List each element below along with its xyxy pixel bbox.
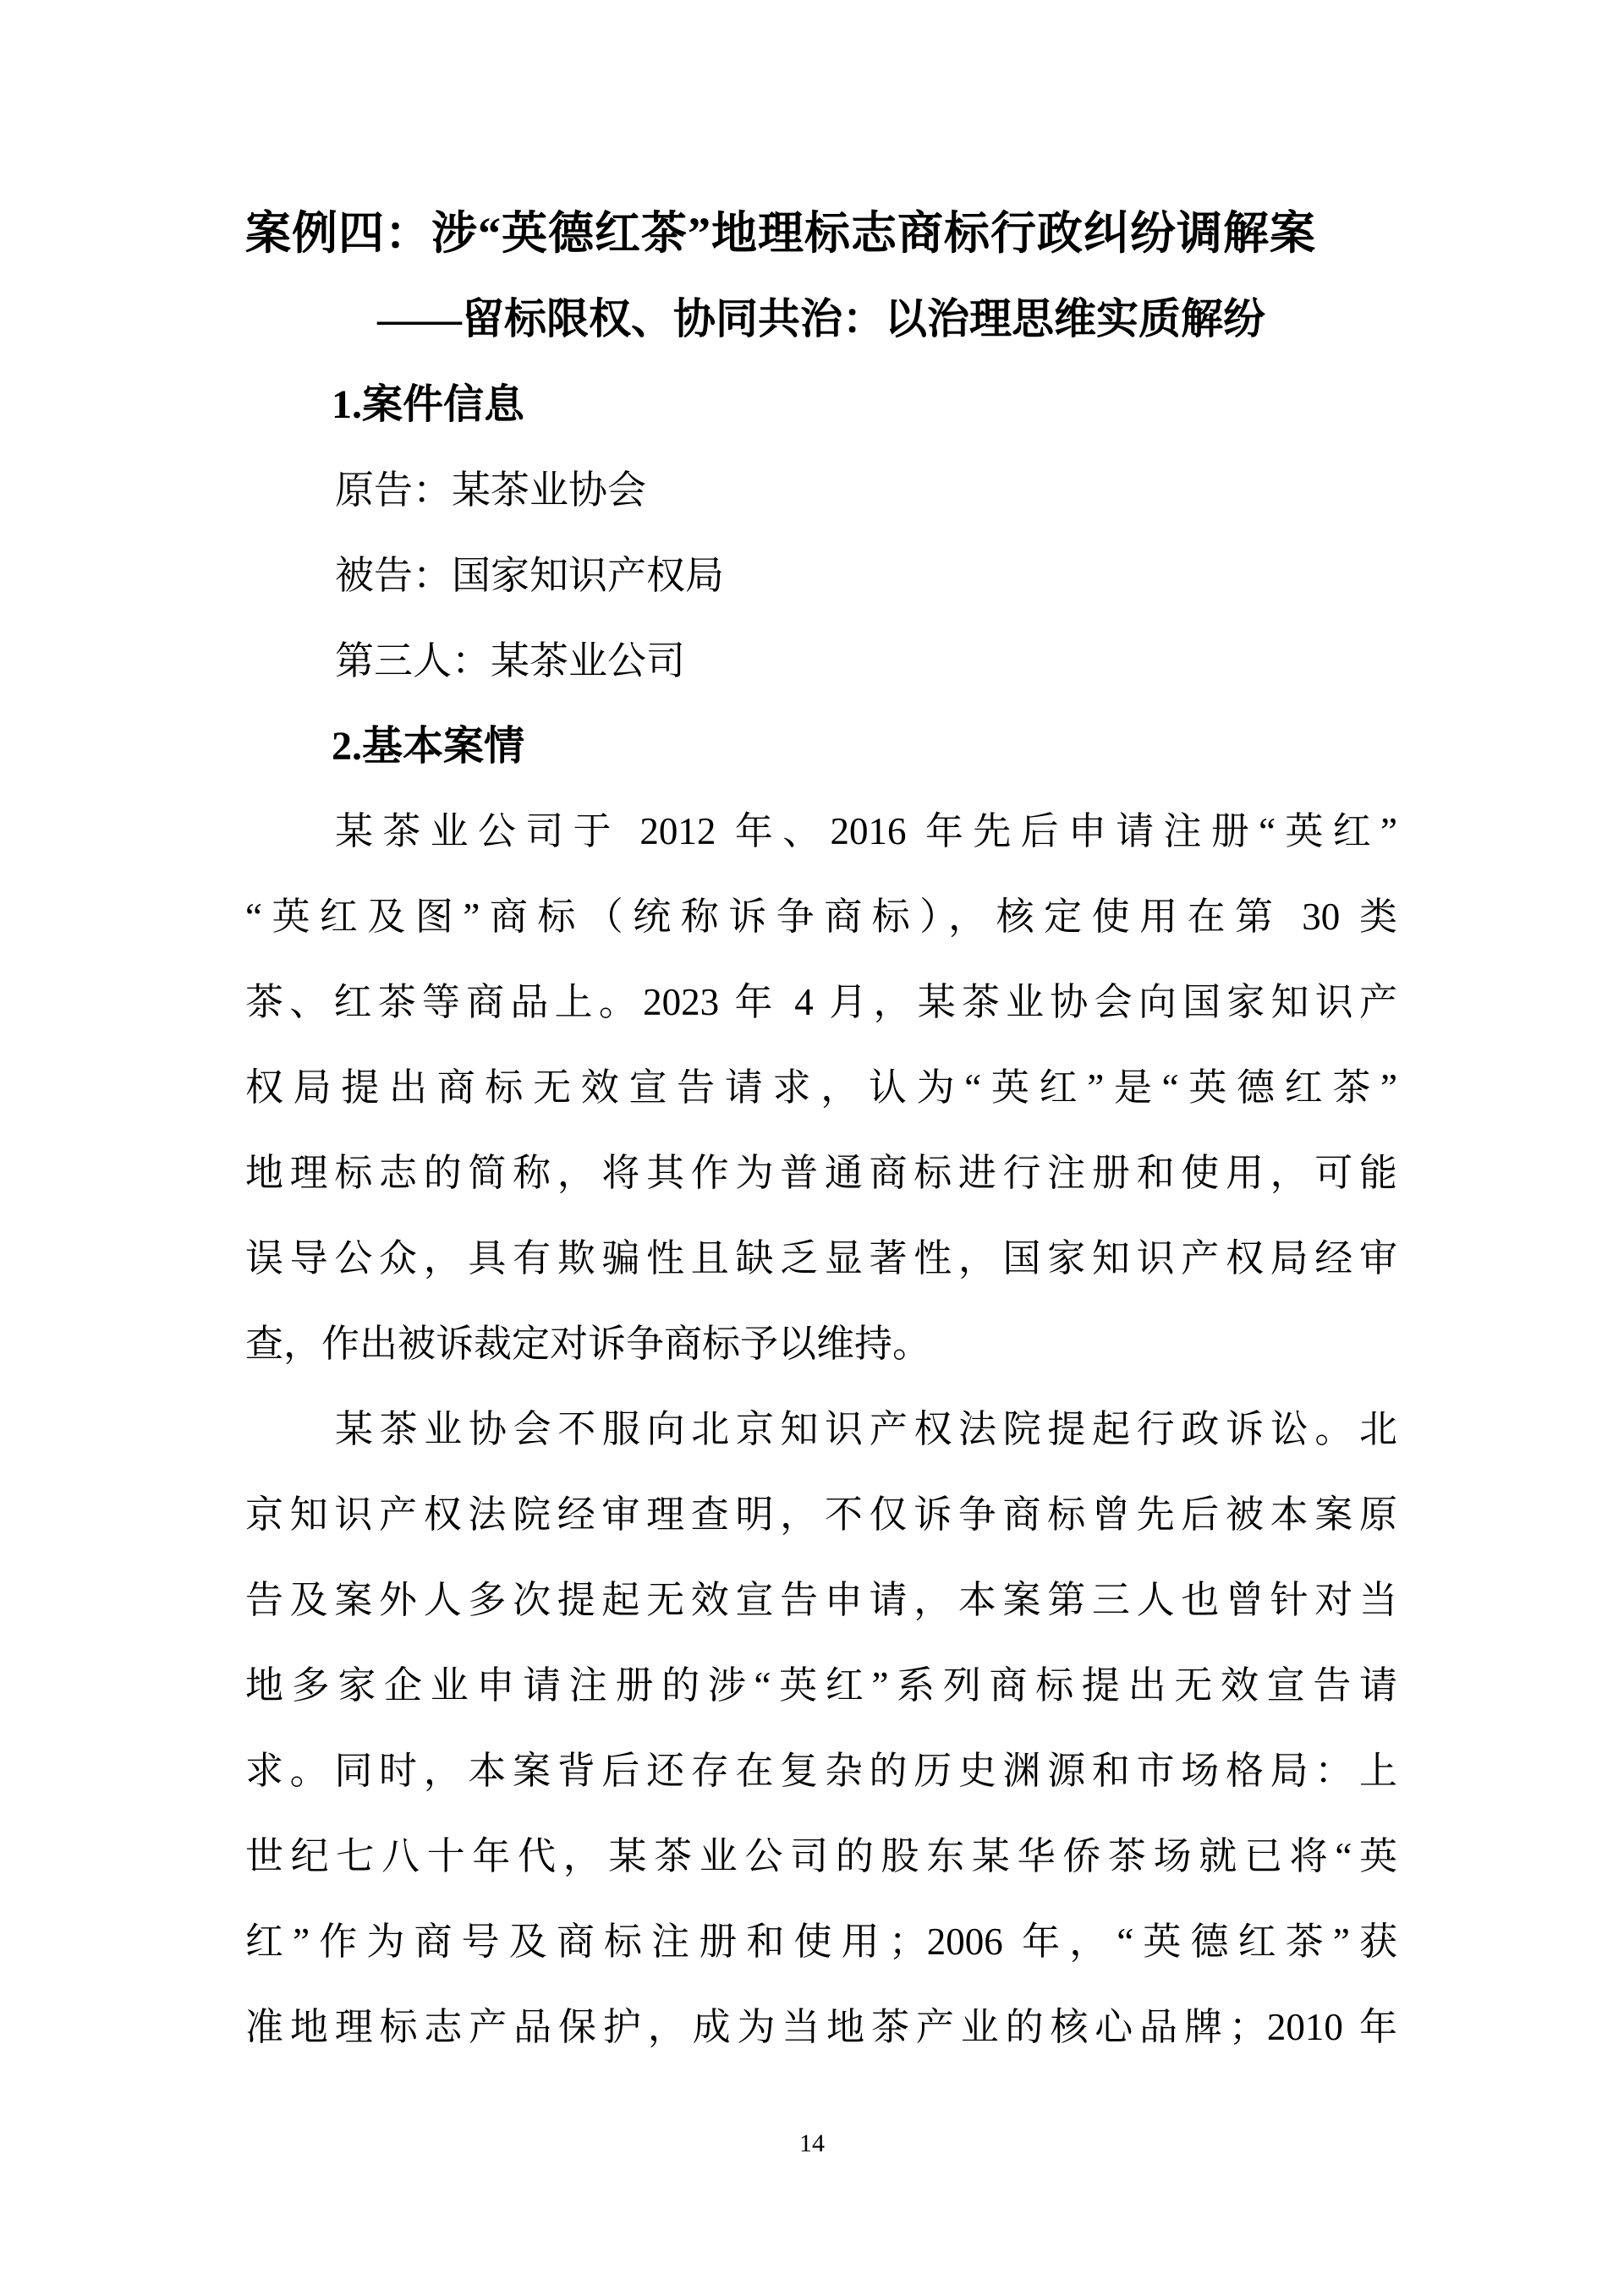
third-party-line: 第三人：某茶业公司 xyxy=(245,618,1397,704)
text-line: 权局提出商标无效宣告请求，认为“英红”是“英德红茶” xyxy=(245,1045,1397,1131)
text-line: 告及案外人多次提起无效宣告申请，本案第三人也曾针对当 xyxy=(245,1558,1397,1643)
text-line: 京知识产权法院经审理查明，不仅诉争商标曾先后被本案原 xyxy=(245,1472,1397,1558)
document-body: 案例四：涉“英德红茶”地理标志商标行政纠纷调解案 ——留标限权、协同共治：以治理… xyxy=(245,191,1397,2070)
text-line: 求。同时，本案背后还存在复杂的历史渊源和市场格局：上 xyxy=(245,1729,1397,1814)
text-line: 误导公众，具有欺骗性且缺乏显著性，国家知识产权局经审 xyxy=(245,1216,1397,1301)
doc-title: 案例四：涉“英德红茶”地理标志商标行政纠纷调解案 xyxy=(245,191,1397,277)
text-line: 世纪七八十年代，某茶业公司的股东某华侨茶场就已将“英 xyxy=(245,1814,1397,1899)
text-line: 某茶业公司于 2012 年、2016 年先后申请注册“英红” xyxy=(245,789,1397,874)
text-line: “英红及图”商标（统称诉争商标），核定使用在第 30 类 xyxy=(245,874,1397,960)
text-line: 地多家企业申请注册的涉“英红”系列商标提出无效宣告请 xyxy=(245,1643,1397,1729)
text-line: 红”作为商号及商标注册和使用；2006 年，“英德红茶”获 xyxy=(245,1899,1397,1985)
document-page: 案例四：涉“英德红茶”地理标志商标行政纠纷调解案 ——留标限权、协同共治：以治理… xyxy=(0,0,1624,2296)
doc-subtitle: ——留标限权、协同共治：以治理思维实质解纷 xyxy=(245,277,1397,362)
text-line: 茶、红茶等商品上。2023 年 4 月，某茶业协会向国家知识产 xyxy=(245,960,1397,1045)
defendant-line: 被告：国家知识产权局 xyxy=(245,533,1397,618)
text-line: 准地理标志产品保护，成为当地茶产业的核心品牌；2010 年 xyxy=(245,1985,1397,2070)
section-1-heading: 1.案件信息 xyxy=(245,362,1397,447)
section-2-heading: 2.基本案情 xyxy=(245,704,1397,789)
page-number: 14 xyxy=(0,2118,1624,2169)
plaintiff-line: 原告：某茶业协会 xyxy=(245,447,1397,533)
text-line: 查，作出被诉裁定对诉争商标予以维持。 xyxy=(245,1301,1397,1387)
text-line: 地理标志的简称，将其作为普通商标进行注册和使用，可能 xyxy=(245,1131,1397,1216)
text-line: 某茶业协会不服向北京知识产权法院提起行政诉讼。北 xyxy=(245,1387,1397,1472)
